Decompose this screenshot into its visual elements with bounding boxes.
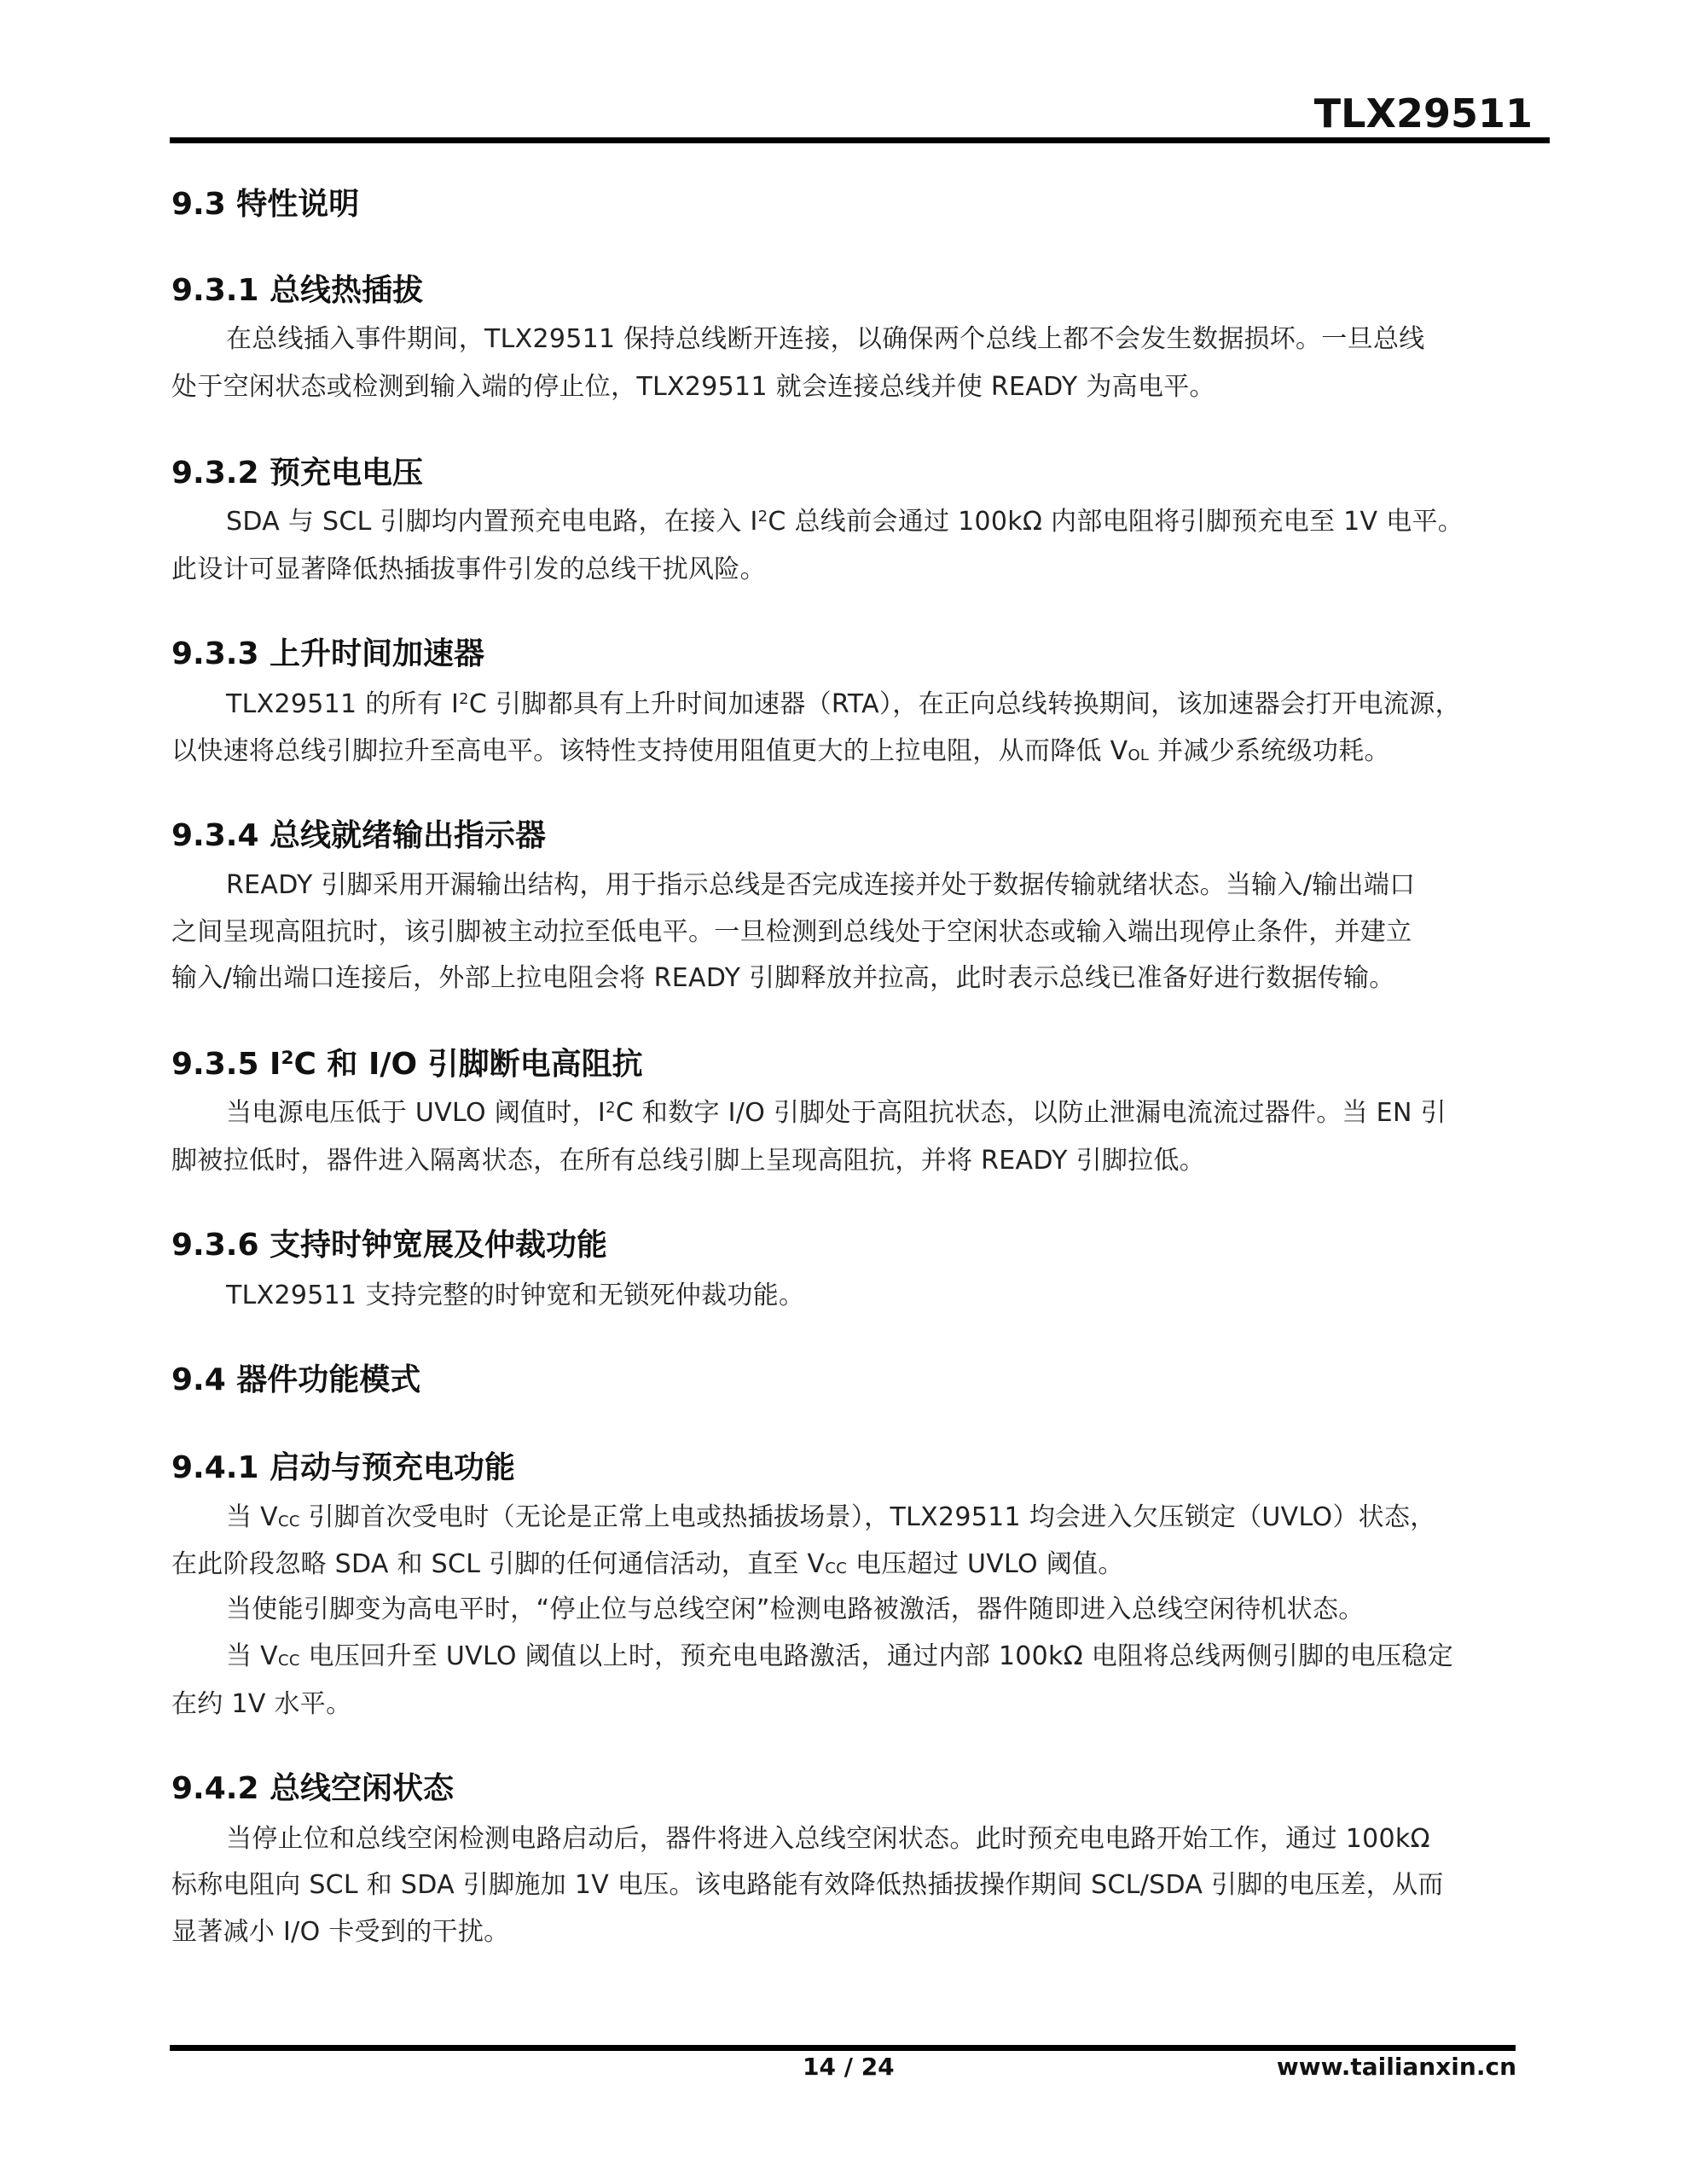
paragraph-line: 脚被拉低时，器件进入隔离状态，在所有总线引脚上呈现高阻抗，并将 READY 引脚… [171,1144,1205,1178]
superscript: 2 [606,1099,616,1117]
paragraph-line: 在总线插入事件期间，TLX29511 保持总线断开连接，以确保两个总线上都不会发… [226,322,1425,357]
website-link[interactable]: www.tailianxin.cn [1277,2053,1516,2081]
superscript: 2 [459,690,469,708]
paragraph-line: TLX29511 支持完整的时钟宽和无锁死仲裁功能。 [226,1279,804,1313]
header-rule [170,137,1550,143]
paragraph-line: 在此阶段忽略 SDA 和 SCL 引脚的任何通信活动，直至 VCC 电压超过 U… [171,1548,1124,1582]
text-segment: C 引脚都具有上升时间加速器（RTA），在正向总线转换期间，该加速器会打开电流源… [469,689,1461,719]
text-segment: C 总线前会通过 100kΩ 内部电阻将引脚预充电至 1V 电平。 [768,507,1464,537]
heading-segment: 9.3.5 I [171,1047,281,1082]
section-heading-9-4-2: 9.4.2 总线空闲状态 [171,1770,454,1808]
text-segment: 当 V [226,1641,278,1671]
heading-segment: C 和 I/O 引脚断电高阻抗 [293,1047,642,1082]
section-heading-9-3-5: 9.3.5 I2C 和 I/O 引脚断电高阻抗 [171,1046,643,1083]
paragraph-line: 标称电阻向 SCL 和 SDA 引脚施加 1V 电压。该电路能有效降低热插拔操作… [171,1868,1444,1902]
text-segment: 当 V [226,1502,278,1532]
subscript: CC [278,1652,300,1670]
text-segment: 以快速将总线引脚拉升至高电平。该特性支持使用阻值更大的上拉电阻，从而降低 V [171,736,1128,766]
text-segment: TLX29511 的所有 I [226,689,459,719]
text-segment: 电压超过 UVLO 阈值。 [847,1549,1124,1579]
text-segment: 电压回升至 UVLO 阈值以上时，预充电电路激活，通过内部 100kΩ 电阻将总… [300,1641,1453,1671]
paragraph-line: 当停止位和总线空闲检测电路启动后，器件将进入总线空闲状态。此时预充电电路开始工作… [226,1822,1430,1856]
paragraph-line: 当电源电压低于 UVLO 阈值时，I2C 和数字 I/O 引脚处于高阻抗状态，以… [226,1096,1446,1130]
section-heading-9-4: 9.4 器件功能模式 [171,1362,420,1399]
paragraph-line: TLX29511 的所有 I2C 引脚都具有上升时间加速器（RTA），在正向总线… [226,688,1461,722]
section-heading-9-3: 9.3 特性说明 [171,186,359,224]
paragraph-line: SDA 与 SCL 引脚均内置预充电电路，在接入 I2C 总线前会通过 100k… [226,505,1464,539]
subscript: CC [278,1513,300,1531]
section-heading-9-3-3: 9.3.3 上升时间加速器 [171,636,484,673]
paragraph-line: 当 VCC 电压回升至 UVLO 阈值以上时，预充电电路激活，通过内部 100k… [226,1640,1453,1674]
text-segment: 在此阶段忽略 SDA 和 SCL 引脚的任何通信活动，直至 V [171,1549,825,1579]
text-segment: C 和数字 I/O 引脚处于高阻抗状态，以防止泄漏电流流过器件。当 EN 引 [616,1098,1446,1128]
paragraph-line: 此设计可显著降低热插拔事件引发的总线干扰风险。 [171,553,766,587]
paragraph-line: 当 VCC 引脚首次受电时（无论是正常上电或热插拔场景），TLX29511 均会… [226,1501,1436,1535]
text-segment: 并减少系统级功耗。 [1149,736,1390,766]
document-title: TLX29511 [1314,90,1533,136]
section-heading-9-3-2: 9.3.2 预充电电压 [171,455,423,492]
paragraph-line: 以快速将总线引脚拉升至高电平。该特性支持使用阻值更大的上拉电阻，从而降低 VOL… [171,735,1390,769]
superscript: 2 [758,508,768,526]
text-segment: SDA 与 SCL 引脚均内置预充电电路，在接入 I [226,507,758,537]
section-heading-9-3-4: 9.3.4 总线就绪输出指示器 [171,817,546,855]
text-segment: 当电源电压低于 UVLO 阈值时，I [226,1098,606,1128]
paragraph-line: 输入/输出端口连接后，外部上拉电阻会将 READY 引脚释放并拉高，此时表示总线… [171,961,1395,996]
paragraph-line: 处于空闲状态或检测到输入端的停止位，TLX29511 就会连接总线并使 READ… [171,370,1215,404]
footer-rule [170,2045,1516,2051]
subscript: CC [825,1560,847,1577]
page-number: 14 / 24 [803,2053,895,2081]
paragraph-line: 当使能引脚变为高电平时，“停止位与总线空闲”检测电路被激活，器件随即进入总线空闲… [226,1593,1365,1627]
section-heading-9-4-1: 9.4.1 启动与预充电功能 [171,1449,515,1487]
paragraph-line: 之间呈现高阻抗时，该引脚被主动拉至低电平。一旦检测到总线处于空闲状态或输入端出现… [171,915,1412,950]
paragraph-line: READY 引脚采用开漏输出结构，用于指示总线是否完成连接并处于数据传输就绪状态… [226,868,1415,903]
text-segment: 引脚首次受电时（无论是正常上电或热插拔场景），TLX29511 均会进入欠压锁定… [300,1502,1436,1532]
paragraph-line: 在约 1V 水平。 [171,1687,351,1722]
section-heading-9-3-1: 9.3.1 总线热插拔 [171,272,423,310]
subscript: OL [1128,746,1149,764]
paragraph-line: 显著减小 I/O 卡受到的干扰。 [171,1915,509,1949]
section-heading-9-3-6: 9.3.6 支持时钟宽展及仲裁功能 [171,1227,607,1264]
superscript: 2 [281,1048,293,1069]
